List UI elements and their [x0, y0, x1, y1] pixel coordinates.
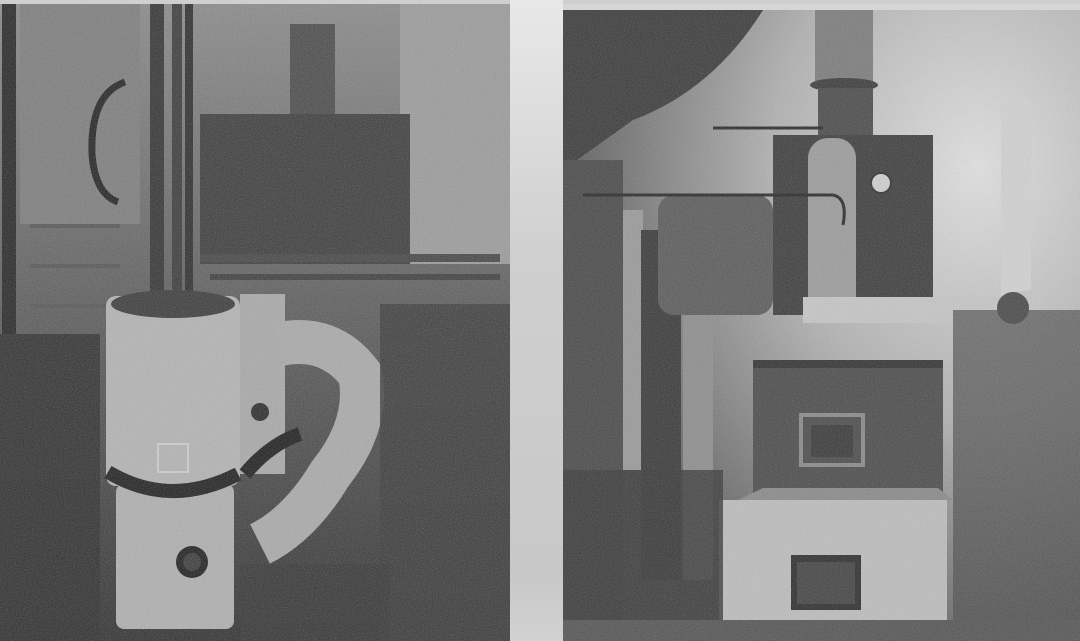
furnace-boiler-icon [563, 10, 1080, 641]
right-photo-panel [563, 10, 1080, 641]
panel-separator [510, 0, 563, 641]
left-photo-panel [0, 4, 510, 641]
distillation-column-icon [0, 4, 510, 641]
